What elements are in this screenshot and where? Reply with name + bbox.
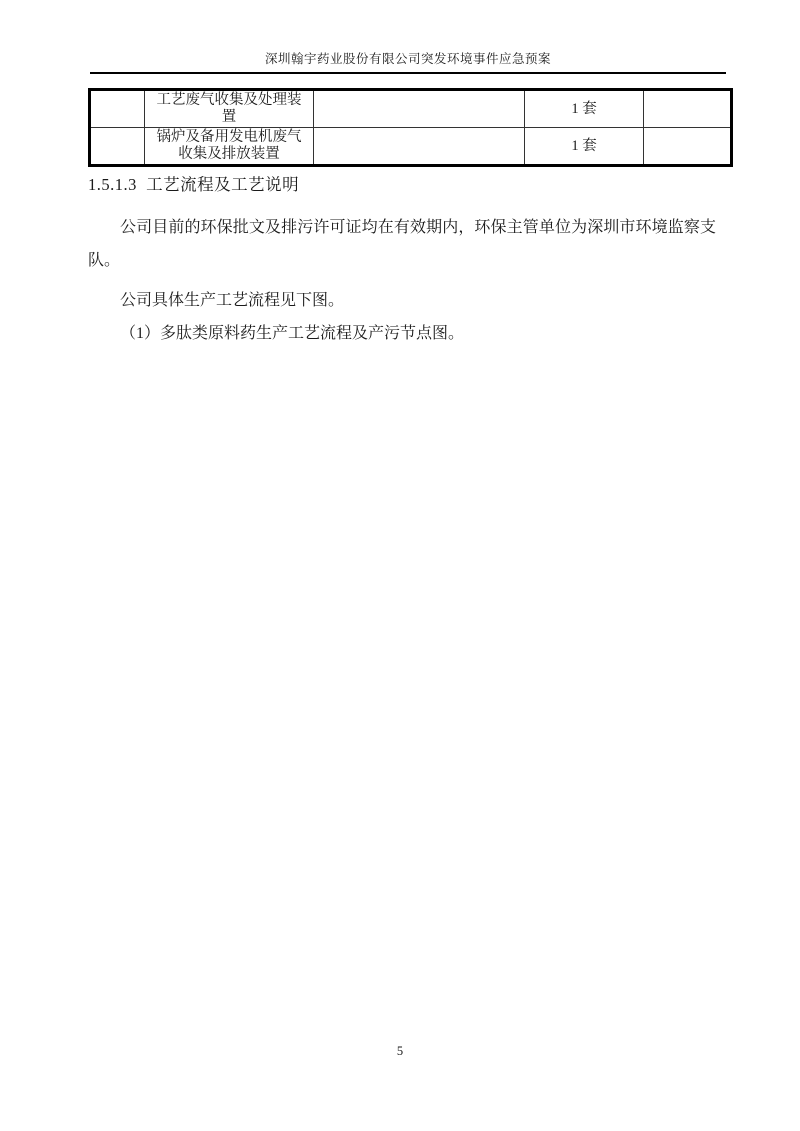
- document-page: 深圳翰宇药业股份有限公司突发环境事件应急预案 工艺废气收集及处理装置 1 套 锅…: [0, 0, 800, 1131]
- section-heading: 1.5.1.3 工艺流程及工艺说明: [88, 174, 716, 195]
- paragraph: 公司具体生产工艺流程见下图。: [88, 284, 716, 317]
- table-cell: [90, 90, 145, 128]
- table-row: 工艺废气收集及处理装置 1 套: [90, 90, 732, 128]
- body-content: 1.5.1.3 工艺流程及工艺说明 公司目前的环保批文及排污许可证均在有效期内，…: [88, 174, 716, 350]
- table-cell: [314, 90, 525, 128]
- header-title: 深圳翰宇药业股份有限公司突发环境事件应急预案: [265, 52, 551, 66]
- paragraph: 公司目前的环保批文及排污许可证均在有效期内，环保主管单位为深圳市环境监察支队。: [88, 211, 716, 277]
- table-cell: [644, 90, 732, 128]
- table-cell: [90, 128, 145, 166]
- table-cell: [314, 128, 525, 166]
- equipment-table: 工艺废气收集及处理装置 1 套 锅炉及备用发电机废气收集及排放装置 1 套: [88, 88, 733, 167]
- table-cell-quantity: 1 套: [525, 90, 644, 128]
- table-row: 锅炉及备用发电机废气收集及排放装置 1 套: [90, 128, 732, 166]
- page-number: 5: [0, 1044, 800, 1059]
- page-header: 深圳翰宇药业股份有限公司突发环境事件应急预案: [90, 51, 726, 74]
- table-cell-equipment-name: 锅炉及备用发电机废气收集及排放装置: [145, 128, 314, 166]
- table-cell-equipment-name: 工艺废气收集及处理装置: [145, 90, 314, 128]
- table-cell: [644, 128, 732, 166]
- table-cell-quantity: 1 套: [525, 128, 644, 166]
- paragraph: （1）多肽类原料药生产工艺流程及产污节点图。: [88, 317, 716, 350]
